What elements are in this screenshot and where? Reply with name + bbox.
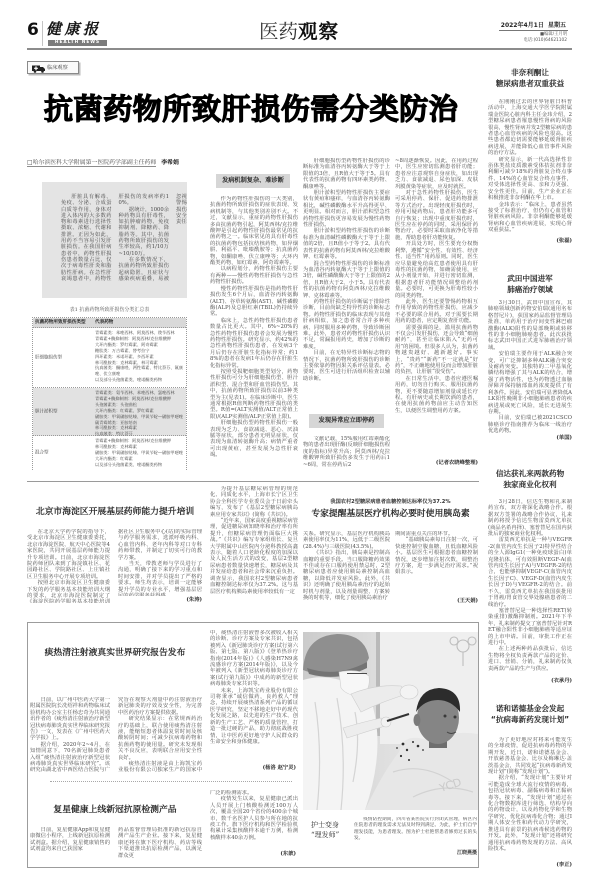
header-rule bbox=[27, 48, 572, 50]
subheading: 发现异常应立即停药 bbox=[309, 414, 384, 428]
table-cell-type: 混合型 bbox=[35, 451, 49, 456]
headline: 抗菌药物所致肝损伤需分类防治 bbox=[44, 94, 458, 125]
paragraph: 此外，医生还要警惕药物相互作用导致的药物性肝损伤，应减少不必要的联合用药。对于需… bbox=[395, 299, 478, 325]
article-credit: (单国) bbox=[488, 435, 572, 441]
sidebar-headline: 非奈利酮让 糖尿病患者双重获益 bbox=[488, 67, 572, 89]
photo-caption-title-line: “理发师” bbox=[311, 831, 339, 841]
paragraph: 日前，复星健康App和复星健康微信小程序，上线新冠抗原检测试剂盒。据介绍，复星健… bbox=[30, 827, 110, 853]
paragraph: 文献记载，15%服用红霉素酯化物的患者出现肝酶(反映肝细胞损伤程度的指标)异常升… bbox=[303, 436, 390, 468]
section-tag-label: 临床观察 bbox=[47, 66, 68, 72]
article-credit: (王天娟) bbox=[395, 598, 478, 604]
paragraph: 开具处方时，医生要充分权衡利弊，遵循“安全性、有效性、经济性、适当性”用药原则。… bbox=[395, 241, 478, 299]
headline-line: “抗病毒新药发现计划” bbox=[488, 714, 572, 725]
paragraph: 金玮表示：“临床上，患者虽然接受了标准治疗，但仍有心血管和肾脏疾病风险。非奈利酮… bbox=[488, 202, 572, 234]
paragraph: 需要强调的是，滥用抗菌药物不仅会引发肝损伤，还会导致“细菌耐药”，甚至让临床陷入… bbox=[395, 325, 478, 376]
article-credit: (李正) bbox=[488, 862, 572, 868]
section-divider bbox=[27, 481, 479, 482]
article-column: ~8周逐渐恢复。因此，在用药过程中，医生应密切监测患者肝功能；患者应注意观察自身… bbox=[395, 158, 478, 458]
paragraph: 对于急性药物性肝损伤，医生可采用停药、保肝、促进药物排泄等方式治疗。出现轻度肝损… bbox=[395, 190, 478, 241]
article-credit: (衣承丹) bbox=[488, 678, 572, 684]
paragraph: 目前，在无特异性诊断标志物的情况下，抗菌药物所致肝损伤的诊断主要依靠药物因果关系… bbox=[303, 350, 390, 382]
byline-author: 李希娟 bbox=[161, 159, 179, 166]
paragraph: 胆汁淤积型药物性肝损伤主要症状有黄疸和瘙痒，与血清谷丙转氨酶相比，碱性磷酸酶水平… bbox=[303, 190, 390, 228]
article-column: 文献记载，15%服用红霉素酯化物的患者出现肝酶(反映肝细胞损伤程度的指标)异常升… bbox=[303, 436, 390, 480]
article-credit: (东歆) bbox=[210, 851, 296, 857]
section-title-light: 医药 bbox=[259, 20, 298, 43]
article-column: 药品监督管理局批准的新冠抗原自测产品生产企业。接下来，复星健康还将在旗下医疗机构… bbox=[118, 827, 202, 859]
article-column: 广泛的检测需求。疫情发生以来，复星健康已派出人员开展上门核酸检测近100万人次，… bbox=[210, 790, 298, 850]
paragraph: 为了更好地应对将来可能发生的全球疫情，促进抗病毒药物的早期开发，近日，诺和诺德基… bbox=[488, 737, 572, 775]
paragraph: 当天，带教老师与学员进行了沟通，明确了接下来的学习重点和时间安排，并对学员提出了… bbox=[118, 561, 202, 596]
byline: □哈尔滨医科大学附属第一医院药学部副主任药师李希娟 bbox=[27, 159, 179, 167]
table-cell-drugs: 青霉素类：氨苄西林、苯唑西林、氯唑西林青霉素+酶抑制剂：阿莫西林/克拉维酸钾头孢… bbox=[95, 390, 186, 437]
paragraph: 中，痰热清注射液曾多次被收入相关的诊断、诊疗方案及专家共识，包括被列入《新冠肺炎… bbox=[210, 630, 298, 688]
sidebar-headline: 诺和诺德基金会发起 “抗病毒新药发现计划” bbox=[488, 703, 572, 725]
paragraph: 作为药物性肝损伤的一大类别，抗菌药物所致肝损伤的症状表现、发病机制等，与其他类别… bbox=[210, 196, 298, 266]
drug-line: 以及部分头孢菌素类、喹诺酮类药物 bbox=[95, 462, 186, 468]
photo-caption: 疫情防控期间，四川省某医院实行封闭式管理，病区内住院患者的理发需求无法及时得到满… bbox=[354, 817, 477, 849]
issue-date: 2022年4月1日 星期五 bbox=[501, 22, 566, 29]
article-column: 关系。研究显示，基层医疗机构胰岛素使用率仅为11%，远低于二级医院(28.4%)… bbox=[303, 531, 390, 611]
page-number: 6 bbox=[27, 22, 39, 39]
news-headline: 痰热清注射液真实世界研究报告发布 bbox=[27, 648, 203, 659]
paragraph: 据统计，1000余种药物具有肝毒性，如抗肿瘤药物、免疫抑制剂、降糖药、降脂药等。… bbox=[119, 207, 170, 257]
newspaper-logo-subtitle: HEALTH NEWS bbox=[48, 40, 107, 46]
drug-line: 磺胺类：甲氧磺胺哒嗪、甲氧苄啶—磺胺甲噁唑 bbox=[95, 450, 186, 456]
paragraph: 究旨在观察大剂量中药注射液治疗新冠肺炎的疗效及安全性，为完善中医药治疗方案提供依… bbox=[118, 697, 202, 716]
paragraph: 为提升基层糖尿病管理的规范化、同质化水平，上海市长宁区卫生协会全科医学专业委员会… bbox=[210, 486, 298, 518]
table-row: 肝细胞损伤型 青霉素类：苯唑西林、阿莫西林、羧苄西林青霉素+酶抑制剂：阿莫西林/… bbox=[33, 328, 186, 388]
paragraph: 以病程划分，药物性肝损伤主要有两种——慢性药物性肝损伤与急性药物性肝损伤。 bbox=[210, 266, 298, 285]
article-column: 在北京大学药学院的指导下，受北京市海淀区卫生健康委委托，北京市海淀医院、航天中心… bbox=[27, 529, 110, 603]
section-title-bold: 观察 bbox=[298, 20, 339, 43]
table-row: 胆汁淤积型 青霉素类：氨苄西林、苯唑西林、氯唑西林青霉素+酶抑制剂：阿莫西林/克… bbox=[33, 388, 186, 436]
paragraph: 胆汁淤积型药物性肝损伤的诊断标准为血清碱性磷酸酶大于等于上限值的2倍，且R值小于… bbox=[303, 228, 390, 260]
paragraph: 疫情发生以来，复星健康已派出人员开展上门核酸检测近100万人次，覆盖全国20个省… bbox=[210, 796, 298, 841]
paragraph: 日前，以广州中医药大学第一附属医院院长冼绍祥和药物临床试验机构办公室主任杨忠奇为… bbox=[30, 697, 110, 742]
article-credit: (杨洛 赵宁灵) bbox=[210, 765, 296, 771]
headline-line: 信达获礼来两款药物 bbox=[488, 468, 572, 479]
table-row: 混合型 青霉素+酶抑制剂：阿莫西林/克拉维酸钾林可酰胺类：克林霉素磺胺类：甲氧磺… bbox=[33, 436, 186, 470]
article-column: 据社区卫生服务中心(站)的实际管理与药学服务需求，选派呼吸内科、心血管内科、老年… bbox=[118, 529, 202, 596]
paragraph: 按照北京市海淀区卫生健康委下发的药学服务基本技能培训大纲的要求，北京市海淀医院制… bbox=[27, 580, 110, 603]
paragraph: “近年来，国家高度重视糖尿病管理，促进糖尿病知晓率和治疗率有所提升，但糖尿病管理… bbox=[210, 518, 298, 595]
paragraph: 在上述两种药品获批后，信达生物将全权负责两款产品的定价、进口、营销、分销，礼来制… bbox=[488, 646, 572, 672]
table-cell-drugs: 青霉素类：苯唑西林、阿莫西林、羧苄西林青霉素+酶抑制剂：阿莫西林/克拉维酸钾大环… bbox=[95, 330, 186, 383]
paragraph: 据介绍，“发现计划”主要针对可能造成全球大流行疫情的病毒，包括冠状病毒、副黏病毒… bbox=[488, 775, 572, 852]
paragraph: 在北京大学药学院的指导下，受北京市海淀区卫生健康委委托，北京市海淀医院、航天中心… bbox=[27, 529, 110, 580]
table-header-drugs: 代表药物 bbox=[95, 320, 113, 325]
article-column: 为提升基层糖尿病管理的规范化、同质化水平，上海市长宁区卫生协会全科医学专业委员会… bbox=[210, 486, 298, 614]
paragraph: 临床上，急性药物性肝损伤患者数量占比更大。其中，6%~20%的急性药物性肝损伤患… bbox=[210, 318, 298, 369]
drug-line: 抗真菌类：酮康唑、两性霉素、特比萘芬、氟康唑、伏立康唑 bbox=[95, 365, 186, 377]
header-divider bbox=[42, 21, 43, 46]
article-credit: (朱涛) bbox=[118, 597, 202, 603]
subheading: 发病机制复杂、难诊断 bbox=[216, 174, 290, 188]
paragraph: ~8周逐渐恢复。因此，在用药过程中，医生应密切监测患者肝功能；患者应注意观察自身… bbox=[395, 158, 478, 190]
paragraph: 研究显示，新一代高选择性非甾体类盐皮质激素受体拮抗剂非奈利酮可减少18%的肾脏复… bbox=[488, 157, 572, 202]
sidebar-article-body: 为了更好地应对将来可能发生的全球疫情，促进抗病毒药物的早期开发，近日，诺和诺德基… bbox=[488, 737, 572, 860]
paragraph: 肝细胞损伤型药物性肝损伤一般表现为乏力、食欲减退、恶心、厌油腻等症状，部分患者无… bbox=[210, 420, 298, 458]
table-cell-type: 胆汁淤积型 bbox=[35, 409, 58, 414]
intro-box: 肝脏具有解毒、免疫、分泌、合成蛋白质等作用，身体对进入体内的大多数药物和毒素进行… bbox=[42, 182, 187, 298]
dotted-divider bbox=[50, 781, 292, 782]
editor-credit: ■编辑/王月明 bbox=[540, 32, 567, 37]
article-column: 肝细胞损伤型药物性肝损伤的诊断标准为血清谷丙转氨酶大于等于上限值的3倍，且R值大… bbox=[303, 158, 390, 411]
photo-caption-title-line: 护士变身 bbox=[311, 821, 339, 831]
section-tag: 临床观察 bbox=[27, 61, 79, 74]
news-headline: 复星健康上线新冠抗原检测产品 bbox=[27, 805, 203, 816]
ambulance-icon bbox=[31, 64, 46, 73]
nurse-haircut-photo: YCD bbox=[303, 632, 478, 810]
table-caption: 表1 抗菌药物所致肝损伤分类汇总表 bbox=[32, 307, 187, 313]
date-underline bbox=[499, 30, 568, 31]
table-cell-type: 肝细胞损伤型 bbox=[35, 355, 62, 360]
article-column: 究旨在观察大剂量中药注射液治疗新冠肺炎的疗效及安全性，为完善中医药治疗方案提供依… bbox=[118, 697, 202, 772]
paragraph: 《共识》指出，胰岛素是控制高血糖的重要手段。当口服降糖药效果不佳或存在口服药使用… bbox=[303, 550, 390, 601]
sidebar-article-body: 3月28日，信达生物和礼来制药宣布，双方将深化战略合作。根据双方签署的战略合作协… bbox=[488, 499, 572, 676]
paragraph: 据社区卫生服务中心(站)的实际管理与药学服务需求，选派呼吸内科、心血管内科、老年… bbox=[118, 529, 202, 561]
newspaper-logo: 健康报 bbox=[46, 21, 102, 37]
news-headline: 北京市海淀区开展基层药师能力提升培训 bbox=[27, 507, 203, 518]
paragraph: 据介绍，2020年2~4月，在知情同意下，70名新冠肺炎患者入组“痰热清注射液治… bbox=[30, 742, 110, 772]
byline-affiliation: □哈尔滨医科大学附属第一医院药学部副主任药师 bbox=[27, 160, 156, 167]
paragraph: 药品监督管理局批准的新冠抗原自测产品生产企业。接下来，复星健康还将在旗下医疗机构… bbox=[118, 827, 202, 859]
paragraph: 3月28日，信达生物和礼来制药宣布，双方将深化战略合作。根据双方签署的战略合作协… bbox=[488, 499, 572, 537]
paragraph: 关系。研究显示，基层医疗机构胰岛素使用率仅为11%，远低于二级医院(28.4%)… bbox=[303, 531, 390, 550]
editor-phone: 电话:(010)64621102 bbox=[524, 38, 567, 43]
table-cell-drugs: 青霉素+酶抑制剂：阿莫西林/克拉维酸钾林可酰胺类：克林霉素磺胺类：甲氧磺胺哒嗪、… bbox=[95, 438, 186, 468]
article-column: 期间需重点关注的环节。“基础胰岛素每日注射一次，可快速控制空腹血糖，且低血糖风险… bbox=[395, 531, 478, 597]
paragraph: 在日常生活中，患者应遵医嘱用药，切勿自行购买、服用抗菌药物，更不要随意增加剂量或… bbox=[395, 376, 478, 414]
paragraph: 慢性药物性肝损伤是指药物性肝损伤发生6个月后，血清谷丙转氨酶(ALT)、谷草转氨… bbox=[210, 286, 298, 318]
sidebar-headline: 信达获礼来两款药物 独家商业化权利 bbox=[488, 468, 572, 490]
sidebar-article-body: 在刚刚过去的世界肾脏日科普活动中，上海交通大学医学院附属瑞金医院心脏内科主任金玮… bbox=[488, 99, 572, 237]
paragraph: 肝细胞损伤型药物性肝损伤的诊断标准为血清谷丙转氨酶大于等于上限值的3倍，且R值大… bbox=[303, 158, 390, 190]
paragraph: 雷莫西尤单抗是一种与VEGFR-2(血管内皮生长因子2)特异性结合的全人源IgG… bbox=[488, 537, 572, 607]
sidebar-headline: 武田中国进军 肺癌治疗领域 bbox=[488, 273, 572, 295]
paragraph: 塞普替尼是一种选择性RET(转染重排)激酶抑制剂。2021年下半年，礼来制药提交… bbox=[488, 608, 572, 646]
paragraph: 研究结果显示：在常规西药治疗的基础上，联合使用痰热清注射液，能缩短患者体温复常时… bbox=[118, 716, 202, 761]
article-credit: (张磊) bbox=[488, 238, 572, 244]
headline-line: 肺癌治疗领域 bbox=[488, 284, 572, 295]
news-kicker: 我国农村2型糖尿病患者血糖控制达标率仅为37.2% bbox=[303, 499, 478, 505]
table-header-row: 抗菌药物所致肝损伤类型 代表药物 bbox=[33, 318, 186, 328]
section-title: 医药观察 bbox=[259, 22, 339, 42]
headline-line: 糖尿病患者双重获益 bbox=[488, 78, 572, 89]
article-column: 中，痰热清注射液曾多次被收入相关的诊断、诊疗方案及专家共识，包括被列入《新冠肺炎… bbox=[210, 630, 298, 764]
paragraph: 按照受损靶细胞类型划分，药物性肝损伤可分为肝细胞损伤型、胆汁淤积型、混合型和肝血… bbox=[210, 369, 298, 420]
table-header-type: 抗菌药物所致肝损伤类型 bbox=[35, 320, 86, 325]
headline-line: 非奈利酮让 bbox=[488, 67, 572, 78]
article-column: 日前，以广州中医药大学第一附属医院院长冼绍祥和药物临床试验机构办公室主任杨忠奇为… bbox=[30, 697, 110, 772]
article-credit: (记者农晓峰整理) bbox=[395, 460, 478, 466]
paragraph: “基础胰岛素每日注射一次，可快速控制空腹血糖，且低血糖风险小。基层医生可根据患者… bbox=[395, 537, 478, 575]
headline-line: 武田中国进军 bbox=[488, 273, 572, 284]
paragraph: 未来，上海凯宝药业股份有限公司将秉承“诚信做药，良药救人”理念，持续开展痰热清系… bbox=[210, 688, 298, 746]
paragraph: 安伯瑞主要作用于ALK融合突变，可广泛抑制多种ALK融合突变及耐药突变。其独特的… bbox=[488, 351, 572, 415]
news-photo: YCD bbox=[303, 632, 478, 810]
sidebar-article-body: 3月30日，武田中国宣布，其肺癌领域创新药物安伯瑞(通用名布格替尼片)，获国家药… bbox=[488, 300, 572, 434]
paragraph: 药物性肝损伤的诊断属于排除性诊断，目前尚缺乏特异性的诊断标志物。药物性肝损伤的临… bbox=[303, 299, 390, 350]
paragraph: 混合型药物性肝损伤的诊断标准为血清谷丙转氨酶大于等于上限值的3倍，碱性磷酸酶大于… bbox=[303, 261, 390, 299]
headline-line: 诺和诺德基金会发起 bbox=[488, 703, 572, 714]
drug-line: 磺胺类：甲氧磺胺哒嗪、甲氧苄啶—磺胺甲噁唑 bbox=[95, 414, 186, 420]
paragraph: 痰热清注射液是由上海凯宝药业股份有限公司独家生产的国家中药保护产品，是国家2类新… bbox=[118, 761, 202, 772]
article-column: 作为药物性肝损伤的一大类别，抗菌药物所致肝损伤的症状表现、发病机制等，与其他类别… bbox=[210, 196, 298, 480]
photo-caption-title: 护士变身 “理发师” bbox=[311, 821, 339, 840]
article-column: 日前，复星健康App和复星健康微信小程序，上线新冠抗原检测试剂盒。据介绍，复星健… bbox=[30, 827, 110, 859]
drug-classification-table: 抗菌药物所致肝损伤类型 代表药物 肝细胞损伤型 青霉素类：苯唑西林、阿莫西林、羧… bbox=[32, 317, 187, 470]
paragraph: 3月30日，武田中国宣布，其肺癌领域创新药物安伯瑞(通用名布格替尼片)，获国家药… bbox=[488, 300, 572, 351]
photo-credit: 江晓燕摄 bbox=[354, 850, 477, 856]
drug-line: 以及部分头孢菌素类、喹诺酮类药物 bbox=[95, 377, 186, 383]
paragraph: 目前，安伯瑞已被2021CSCO肺癌诊疗指南推荐为临床一线治疗优选药物。 bbox=[488, 415, 572, 434]
headline-line: 独家商业化权利 bbox=[488, 479, 572, 490]
news-headline: 专家提醒基层医疗机构必要时使用胰岛素 bbox=[303, 509, 478, 520]
paragraph: 在刚刚过去的世界肾脏日科普活动中，上海交通大学医学院附属瑞金医院心脏内科主任金玮… bbox=[488, 99, 572, 157]
